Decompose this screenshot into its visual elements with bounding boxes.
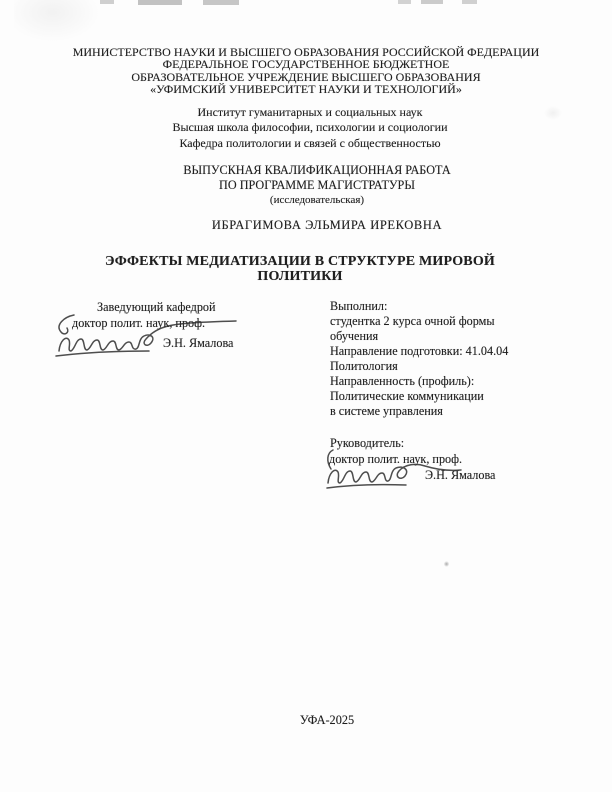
student-info-line: обучения [330, 329, 508, 344]
student-info-line: Политология [330, 359, 508, 374]
student-info-line: Политические коммуникации [330, 389, 508, 404]
student-info-line: студентка 2 курса очной формы [330, 314, 508, 329]
supervisor-degree: доктор полит. наук, проф. [329, 452, 462, 466]
work-type-line: ПО ПРОГРАММЕ МАГИСТРАТУРЫ [11, 178, 612, 193]
scan-artifact [462, 0, 477, 4]
ministry-header: МИНИСТЕРСТВО НАУКИ И ВЫСШЕГО ОБРАЗОВАНИЯ… [0, 46, 612, 96]
ministry-line: ФЕДЕРАЛЬНОЕ ГОСУДАРСТВЕННОЕ БЮДЖЕТНОЕ [0, 58, 612, 70]
student-info-line: Направленность (профиль): [330, 374, 508, 389]
scan-speck [444, 561, 449, 567]
footer-city-year: УФА-2025 [21, 713, 612, 728]
scan-artifact [100, 0, 114, 4]
scan-smudge [14, 0, 100, 42]
approval-degree: доктор полит. наук, проф. [72, 316, 205, 330]
thesis-title-page: МИНИСТЕРСТВО НАУКИ И ВЫСШЕГО ОБРАЗОВАНИЯ… [0, 0, 612, 792]
work-type-note: (исследовательская) [11, 193, 612, 208]
author-name: ИБРАГИМОВА ЭЛЬМИРА ИРЕКОВНА [21, 218, 612, 233]
student-info-line: Выполнил: [330, 299, 508, 314]
university-name: «УФИМСКИЙ УНИВЕРСИТЕТ НАУКИ И ТЕХНОЛОГИЙ… [0, 83, 612, 95]
scan-artifact [398, 0, 411, 4]
scan-artifact [203, 0, 239, 5]
approval-position: Заведующий кафедрой [97, 300, 216, 314]
supervisor-label: Руководитель: [330, 436, 404, 450]
thesis-title: ЭФФЕКТЫ МЕДИАТИЗАЦИИ В СТРУКТУРЕ МИРОВОЙ… [0, 254, 606, 284]
work-type-line: ВЫПУСКНАЯ КВАЛИФИКАЦИОННАЯ РАБОТА [11, 163, 612, 178]
department-line: Кафедра политологии и связей с обществен… [4, 136, 612, 151]
work-type-block: ВЫПУСКНАЯ КВАЛИФИКАЦИОННАЯ РАБОТА ПО ПРО… [11, 163, 612, 208]
student-info-line: Направление подготовки: 41.04.04 [330, 344, 508, 359]
school-line: Высшая школа философии, психологии и соц… [4, 120, 612, 135]
thesis-title-line: ЭФФЕКТЫ МЕДИАТИЗАЦИИ В СТРУКТУРЕ МИРОВОЙ [0, 254, 606, 269]
institute-block: Институт гуманитарных и социальных наук … [4, 105, 612, 151]
student-info-line: в системе управления [330, 404, 508, 419]
supervisor-name: Э.Н. Ямалова [425, 468, 495, 482]
scan-artifact [421, 0, 443, 4]
student-info-block: Выполнил: студентка 2 курса очной формы … [330, 299, 508, 419]
approval-signatory-name: Э.Н. Ямалова [163, 336, 233, 350]
scan-artifact [138, 0, 182, 5]
thesis-title-line: ПОЛИТИКИ [0, 269, 606, 284]
institute-line: Институт гуманитарных и социальных наук [4, 105, 612, 120]
